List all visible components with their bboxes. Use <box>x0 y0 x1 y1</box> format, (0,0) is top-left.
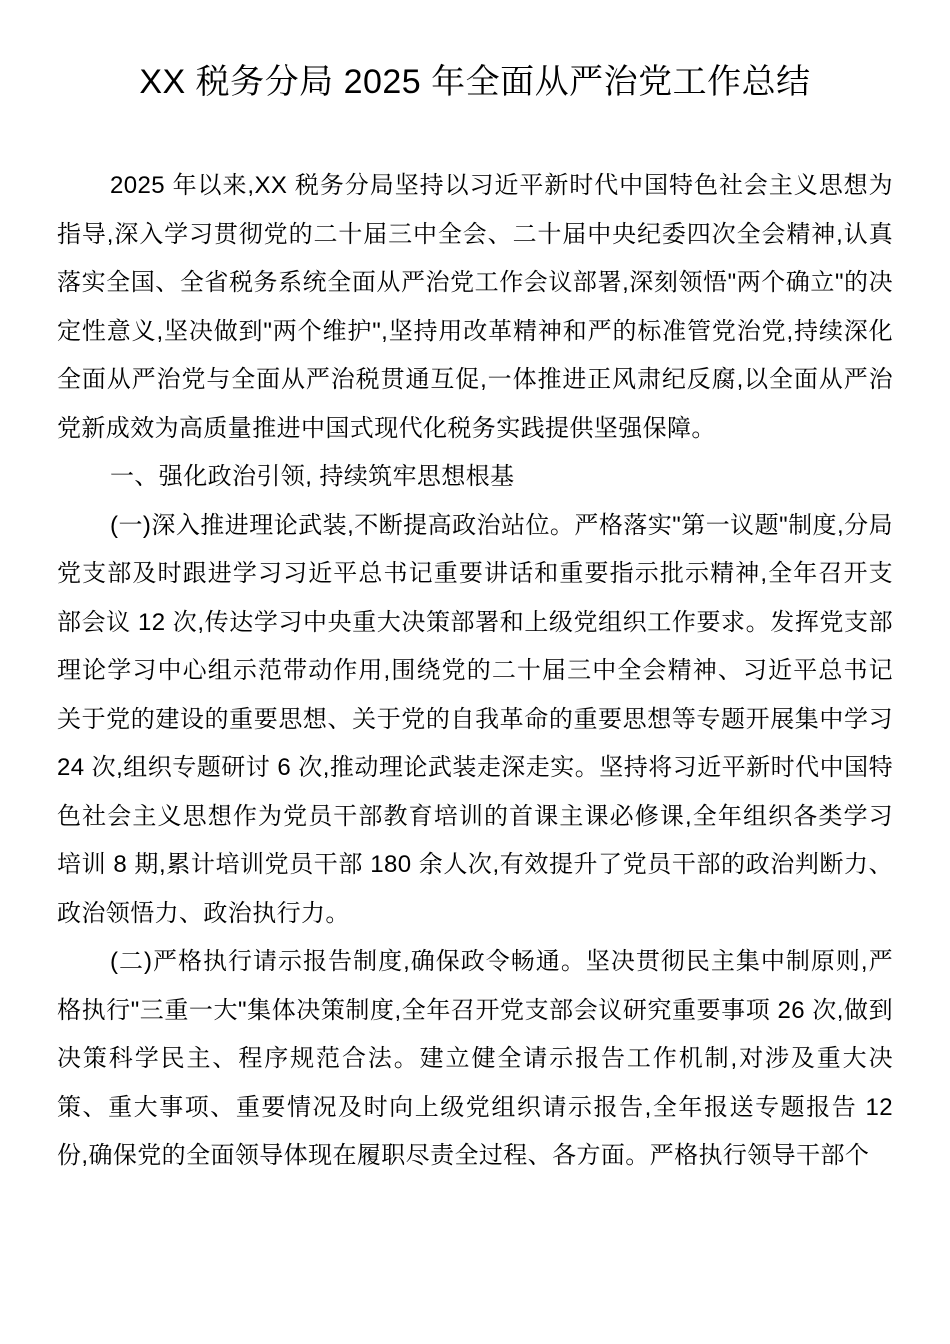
paragraph-intro: 2025 年以来,XX 税务分局坚持以习近平新时代中国特色社会主义思想为指导,深… <box>57 162 893 453</box>
paragraph-section1-item1: (一)深入推进理论武装,不断提高政治站位。严格落实"第一议题"制度,分局党支部及… <box>57 502 893 939</box>
section-heading-1: 一、强化政治引领, 持续筑牢思想根基 <box>57 453 893 502</box>
paragraph-section1-item2: (二)严格执行请示报告制度,确保政令畅通。坚决贯彻民主集中制原则,严格执行"三重… <box>57 938 893 1181</box>
document-title: XX 税务分局 2025 年全面从严治党工作总结 <box>57 58 893 106</box>
document-page: XX 税务分局 2025 年全面从严治党工作总结 2025 年以来,XX 税务分… <box>0 0 950 1344</box>
